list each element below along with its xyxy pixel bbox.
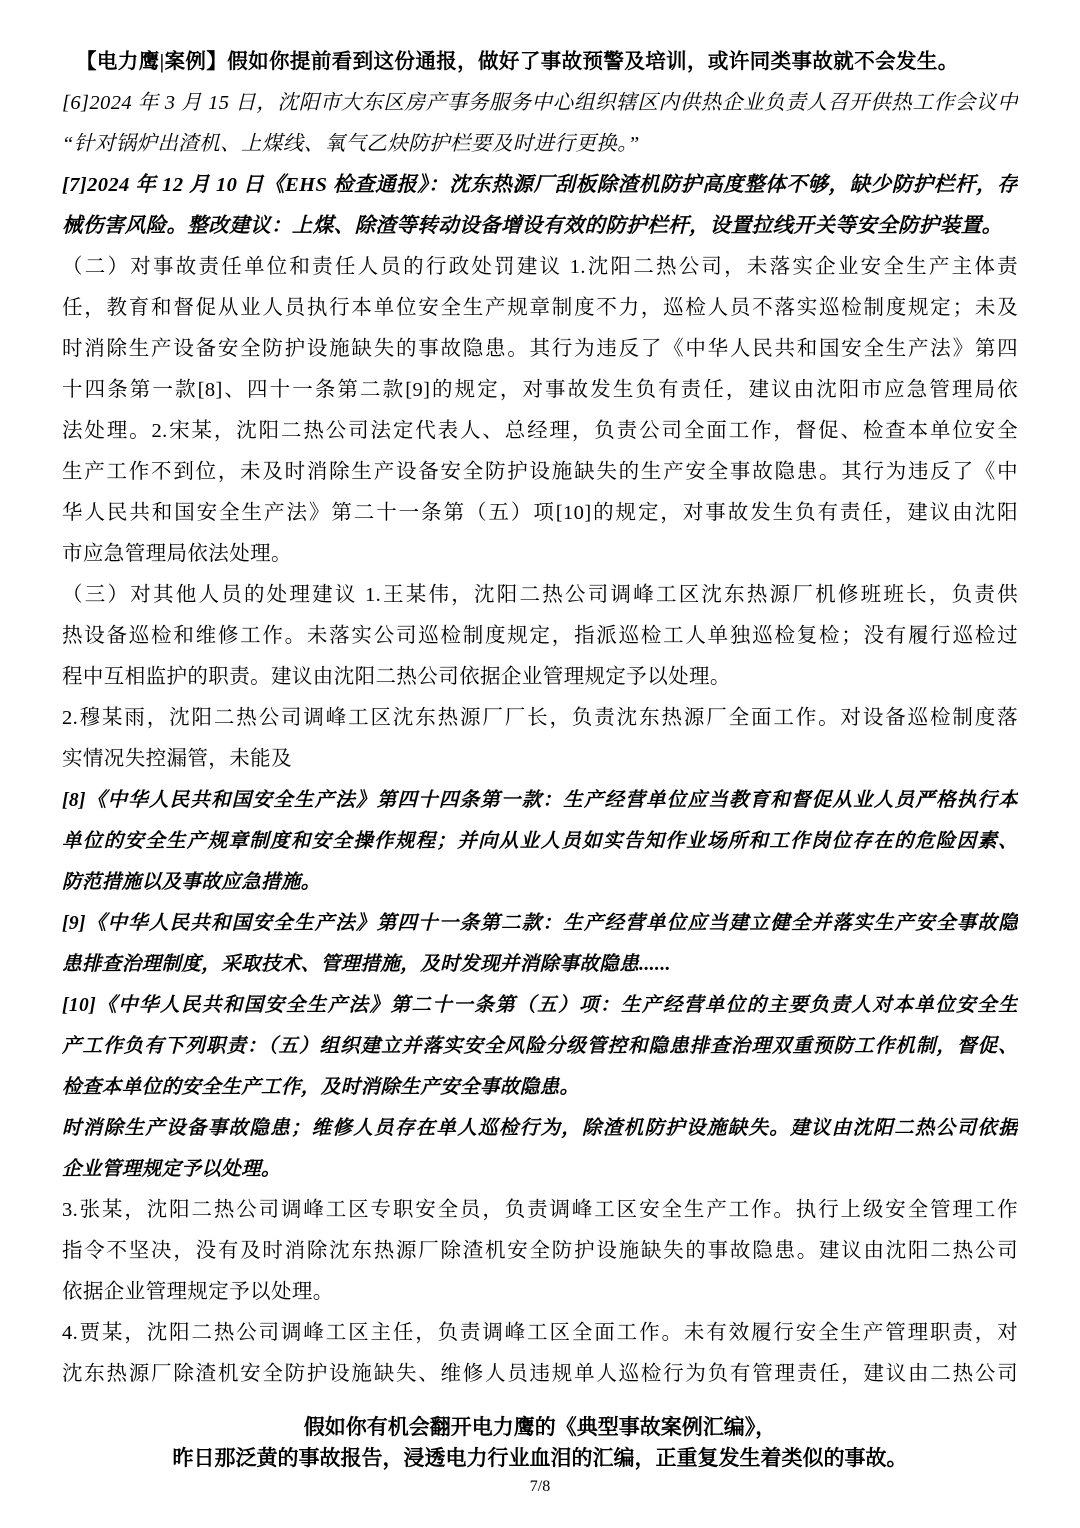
- document-line: 检查本单位的安全生产工作，及时消除生产安全事故隐患。: [62, 1067, 1018, 1108]
- document-line: （二）对事故责任单位和责任人员的行政处罚建议 1.沈阳二热公司，未落实企业安全生…: [62, 247, 1018, 288]
- document-line: 患排查治理制度，采取技术、管理措施，及时发现并消除事故隐患......: [62, 944, 1018, 985]
- page-number: 7/8: [0, 1474, 1080, 1500]
- document-body: 【电力鹰|案例】假如你提前看到这份通报，做好了事故预警及培训，或许同类事故就不会…: [62, 42, 1018, 1395]
- document-line: 法处理。2.宋某，沈阳二热公司法定代表人、总经理，负责公司全面工作，督促、检查本…: [62, 411, 1018, 452]
- document-line: 市应急管理局依法处理。: [62, 534, 1018, 575]
- document-line: 时消除生产设备事故隐患；维修人员存在单人巡检行为，除渣机防护设施缺失。建议由沈阳…: [62, 1108, 1018, 1149]
- document-line: 3.张某，沈阳二热公司调峰工区专职安全员，负责调峰工区安全生产工作。执行上级安全…: [62, 1190, 1018, 1231]
- document-line: “针对锅炉出渣机、上煤线、氧气乙炔防护栏要及时进行更换。”: [62, 124, 1018, 165]
- footer-line-1: 假如你有机会翻开电力鹰的《典型事故案例汇编》，: [0, 1412, 1080, 1443]
- footer-line-2: 昨日那泛黄的事故报告，浸透电力行业血泪的汇编，正重复发生着类似的事故。: [0, 1443, 1080, 1474]
- document-line: 华人民共和国安全生产法》第二十一条第（五）项[10]的规定，对事故发生负有责任，…: [62, 493, 1018, 534]
- document-line: [10]《中华人民共和国安全生产法》第二十一条第（五）项：生产经营单位的主要负责…: [62, 985, 1018, 1026]
- document-line: 程中互相监护的职责。建议由沈阳二热公司依据企业管理规定予以处理。: [62, 657, 1018, 698]
- document-page: 【电力鹰|案例】假如你提前看到这份通报，做好了事故预警及培训，或许同类事故就不会…: [0, 0, 1080, 1528]
- document-line: 4.贾某，沈阳二热公司调峰工区主任，负责调峰工区全面工作。未有效履行安全生产管理…: [62, 1313, 1018, 1354]
- document-line: [9]《中华人民共和国安全生产法》第四十一条第二款：生产经营单位应当建立健全并落…: [62, 903, 1018, 944]
- document-line: 械伤害风险。整改建议：上煤、除渣等转动设备增设有效的防护栏杆，设置拉线开关等安全…: [62, 206, 1018, 247]
- document-line: 实情况失控漏管，未能及: [62, 739, 1018, 780]
- document-line: 2.穆某雨，沈阳二热公司调峰工区沈东热源厂厂长，负责沈东热源厂全面工作。对设备巡…: [62, 698, 1018, 739]
- document-line: 十四条第一款[8]、四十一条第二款[9]的规定，对事故发生负有责任，建议由沈阳市…: [62, 370, 1018, 411]
- page-footer: 假如你有机会翻开电力鹰的《典型事故案例汇编》， 昨日那泛黄的事故报告，浸透电力行…: [0, 1412, 1080, 1500]
- document-line: [6]2024 年 3 月 15 日，沈阳市大东区房产事务服务中心组织辖区内供热…: [62, 83, 1018, 124]
- document-line: 企业管理规定予以处理。: [62, 1149, 1018, 1190]
- document-line: 热设备巡检和维修工作。未落实公司巡检制度规定，指派巡检工人单独巡检复检；没有履行…: [62, 616, 1018, 657]
- document-line: [8]《中华人民共和国安全生产法》第四十四条第一款：生产经营单位应当教育和督促从…: [62, 780, 1018, 821]
- document-line: 防范措施以及事故应急措施。: [62, 862, 1018, 903]
- document-line: 时消除生产设备安全防护设施缺失的事故隐患。其行为违反了《中华人民共和国安全生产法…: [62, 329, 1018, 370]
- document-line: [7]2024 年 12 月 10 日《EHS 检查通报》：沈东热源厂刮板除渣机…: [62, 165, 1018, 206]
- document-line: 任，教育和督促从业人员执行本单位安全生产规章制度不力，巡检人员不落实巡检制度规定…: [62, 288, 1018, 329]
- document-line: 单位的安全生产规章制度和安全操作规程；并向从业人员如实告知作业场所和工作岗位存在…: [62, 821, 1018, 862]
- document-line: 指令不坚决，没有及时消除沈东热源厂除渣机安全防护设施缺失的事故隐患。建议由沈阳二…: [62, 1231, 1018, 1272]
- document-line: 生产工作不到位，未及时消除生产设备安全防护设施缺失的生产安全事故隐患。其行为违反…: [62, 452, 1018, 493]
- document-line: （三）对其他人员的处理建议 1.王某伟，沈阳二热公司调峰工区沈东热源厂机修班班长…: [62, 575, 1018, 616]
- document-line: 沈东热源厂除渣机安全防护设施缺失、维修人员违规单人巡检行为负有管理责任，建议由二…: [62, 1354, 1018, 1395]
- document-line: 产工作负有下列职责：（五）组织建立并落实安全风险分级管控和隐患排查治理双重预防工…: [62, 1026, 1018, 1067]
- document-line: 【电力鹰|案例】假如你提前看到这份通报，做好了事故预警及培训，或许同类事故就不会…: [62, 42, 1018, 83]
- document-line: 依据企业管理规定予以处理。: [62, 1272, 1018, 1313]
